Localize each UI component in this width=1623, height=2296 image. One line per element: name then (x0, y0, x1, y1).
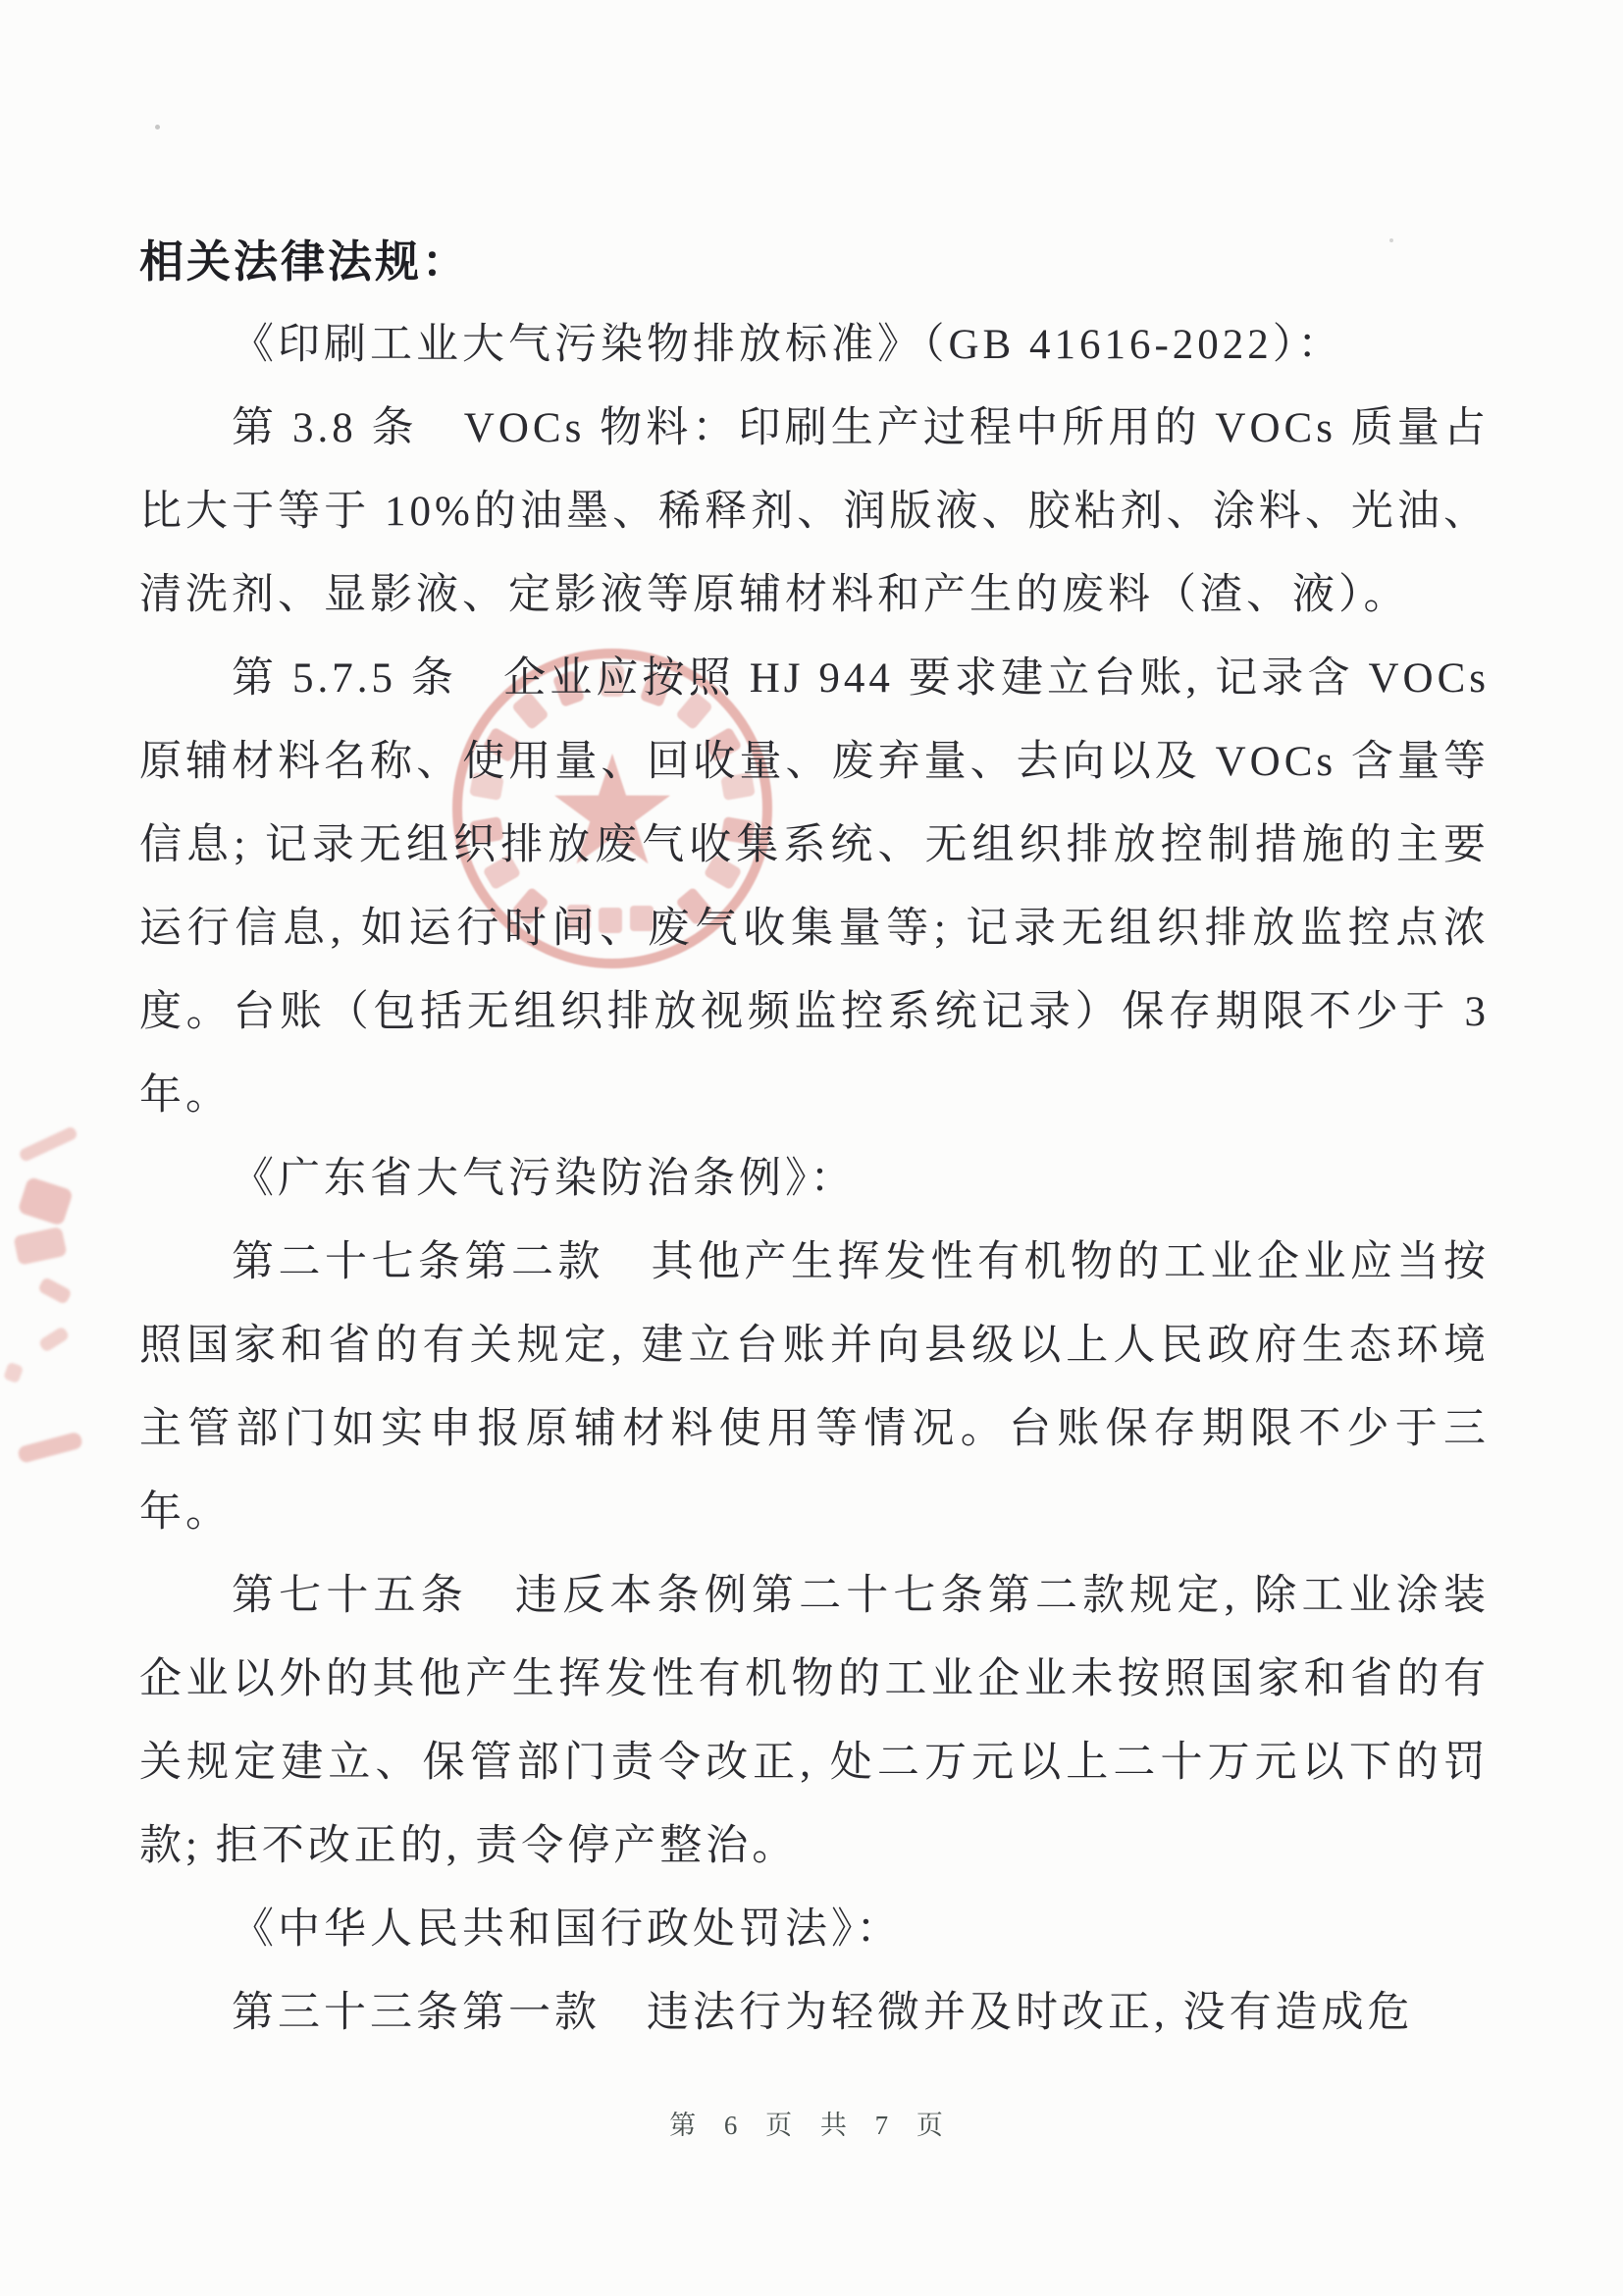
law-article: 第 3.8 条 VOCs 物料：印刷生产过程中所用的 VOCs 质量占比大于等于… (139, 387, 1490, 637)
law-title: 《广东省大气污染防治条例》： (139, 1137, 1490, 1221)
partial-seal-stamp-icon (0, 1119, 108, 1491)
law-article: 第三十三条第一款 违法行为轻微并及时改正, 没有造成危 (139, 1971, 1490, 2055)
section-heading: 相关法律法规： (139, 220, 1490, 303)
law-article: 第二十七条第二款 其他产生挥发性有机物的工业企业应当按照国家和省的有关规定, 建… (139, 1221, 1490, 1554)
law-article: 第七十五条 违反本条例第二十七条第二款规定, 除工业涂装企业以外的其他产生挥发性… (139, 1554, 1490, 1888)
law-article: 第 5.7.5 条 企业应按照 HJ 944 要求建立台账, 记录含 VOCs … (139, 637, 1490, 1137)
document-body: 相关法律法规： 《印刷工业大气污染物排放标准》（GB 41616-2022）： … (139, 220, 1490, 2055)
law-title: 《印刷工业大气污染物排放标准》（GB 41616-2022）： (139, 303, 1490, 387)
law-title: 《中华人民共和国行政处罚法》： (139, 1888, 1490, 1971)
scan-speck (155, 125, 160, 130)
page-footer: 第 6 页 共 7 页 (0, 2104, 1623, 2142)
scanned-document-page: 相关法律法规： 《印刷工业大气污染物排放标准》（GB 41616-2022）： … (0, 0, 1623, 2296)
